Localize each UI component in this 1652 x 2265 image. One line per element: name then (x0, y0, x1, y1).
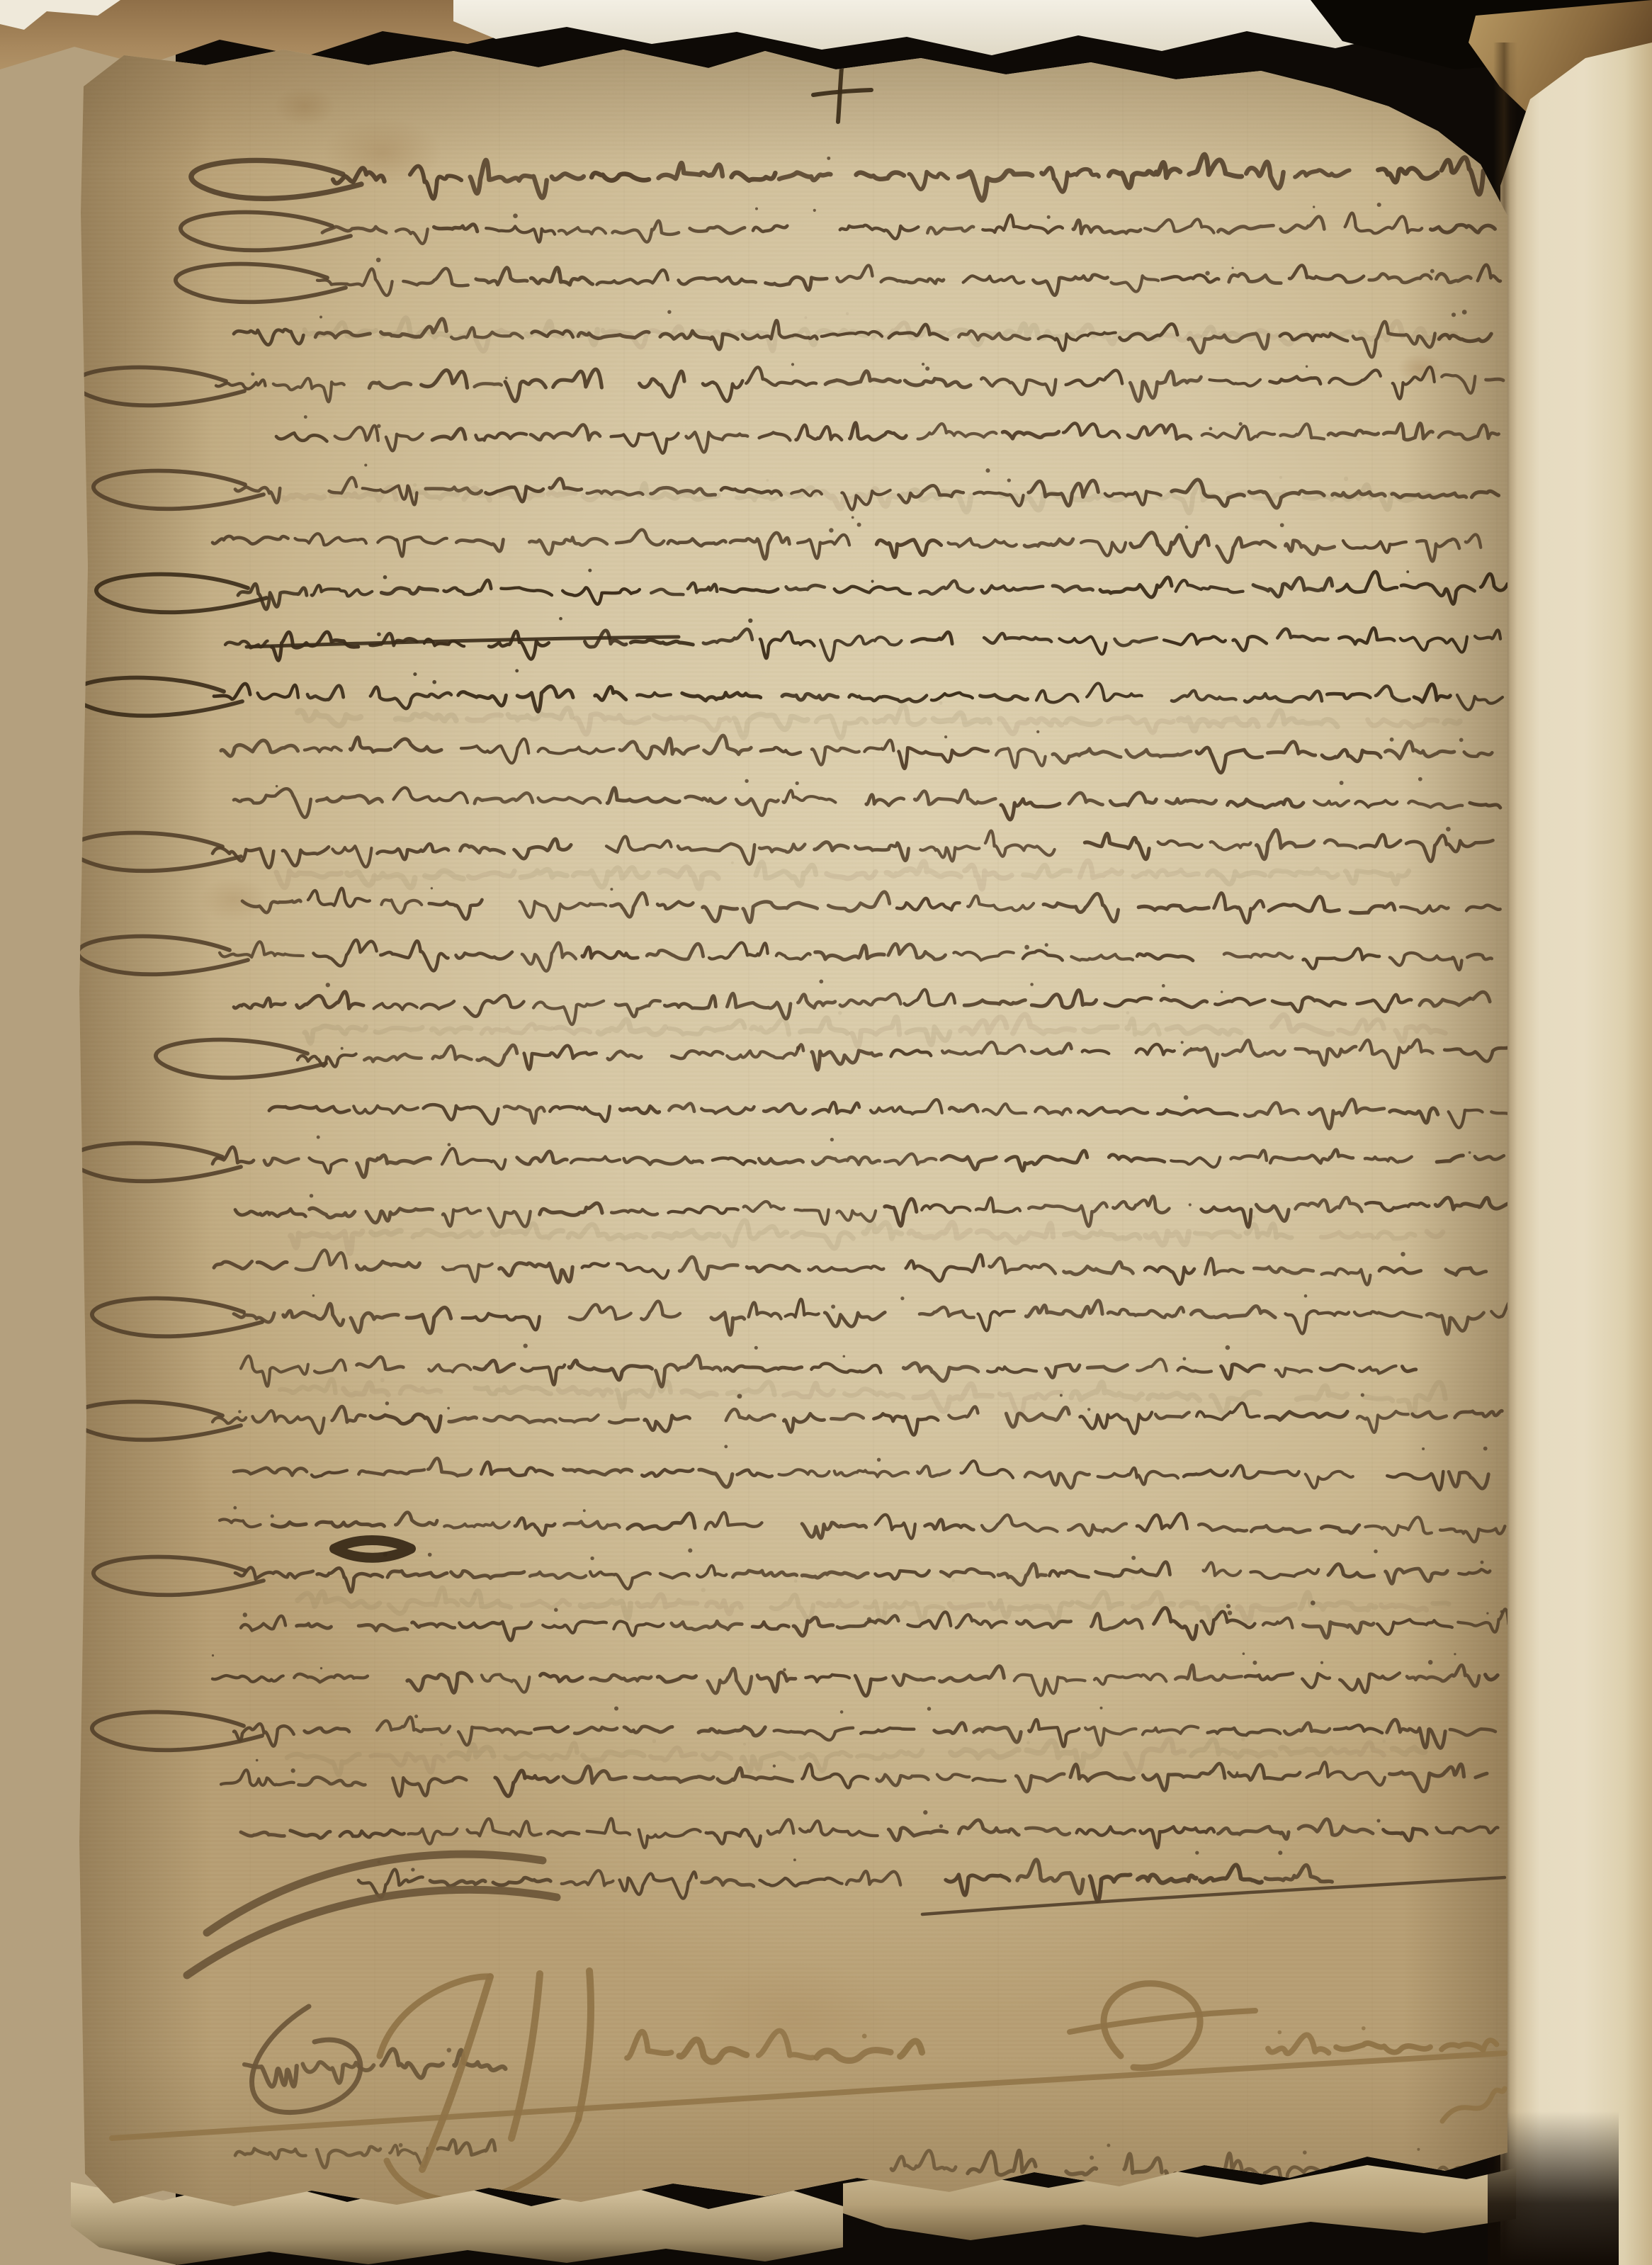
ink-stroke (1080, 861, 1121, 878)
ink-stroke (1475, 630, 1500, 638)
ink-stroke (912, 632, 953, 643)
ink-stroke (1031, 1044, 1071, 1054)
ink-stroke (827, 871, 876, 879)
ink-stroke (1464, 752, 1493, 756)
ink-stroke (475, 1387, 551, 1394)
ink-stroke (1491, 1112, 1510, 1114)
ink-stroke (550, 1107, 609, 1122)
manuscript-page (0, 0, 1652, 2265)
ink-stroke (1390, 1108, 1438, 1123)
ink-stroke (1466, 534, 1481, 547)
ink-stroke (1365, 1157, 1412, 1163)
ink-stroke (669, 1104, 695, 1112)
ink-stroke (221, 740, 298, 756)
ink-stroke (1435, 1197, 1508, 1209)
ink-stroke (1272, 998, 1345, 1012)
ink-stroke (627, 2032, 672, 2058)
ink-stroke (235, 1568, 313, 1579)
ink-stroke (1046, 1365, 1080, 1377)
ink-stroke (1408, 801, 1462, 808)
ink-dot (1047, 215, 1051, 219)
ink-stroke (1475, 1156, 1504, 1159)
ink-dot (447, 1407, 450, 1410)
ink-stroke (744, 1202, 784, 1211)
ink-stroke (925, 1520, 974, 1530)
ink-stroke (444, 1522, 509, 1528)
ink-stroke (888, 1828, 946, 1841)
ink-stroke (733, 1571, 797, 1577)
ink-stroke (1000, 1392, 1061, 1415)
ink-stroke (1245, 1673, 1293, 1680)
ink-stroke (624, 1157, 703, 1164)
ink-stroke (1457, 695, 1503, 710)
ink-dot (1185, 526, 1189, 529)
ink-stroke (1026, 1828, 1070, 1835)
ink-stroke (959, 1820, 1019, 1835)
ink-stroke (1231, 1151, 1267, 1160)
ink-stroke (964, 1000, 1025, 1005)
ink-dot (1344, 477, 1348, 481)
ink-stroke (1218, 1826, 1289, 1838)
ink-dot (773, 1764, 776, 1767)
ink-stroke (1209, 2153, 1257, 2174)
ink-stroke (257, 1262, 287, 1269)
ink-stroke (543, 1622, 606, 1633)
ink-dot (1280, 523, 1284, 527)
ink-stroke (813, 1102, 859, 1114)
ink-stroke (220, 1520, 261, 1527)
ink-stroke (517, 1151, 567, 1164)
ink-stroke (235, 1209, 305, 1216)
ink-stroke (1199, 1524, 1247, 1531)
ink-dot (1454, 1653, 1456, 1655)
ink-stroke (910, 1223, 971, 1238)
ink-stroke (760, 1878, 842, 1886)
ink-stroke (742, 1753, 793, 1771)
ink-stroke (395, 739, 441, 752)
ink-stroke (876, 540, 941, 558)
ink-stroke (1029, 1203, 1107, 1226)
ink-dot (1228, 1610, 1233, 1615)
ink-stroke (442, 1148, 506, 1169)
ink-dot (559, 617, 562, 621)
ink-stroke (813, 1157, 880, 1165)
ink-stroke (1476, 1773, 1487, 1778)
ink-stroke (1309, 1100, 1384, 1129)
ink-stroke (595, 687, 626, 700)
ink-stroke (796, 425, 842, 440)
ink-stroke (835, 1470, 908, 1476)
ink-stroke (443, 1264, 492, 1282)
ink-stroke (486, 226, 555, 242)
ink-stroke (951, 1750, 1019, 1758)
ink-stroke (857, 1750, 922, 1758)
ink-stroke (387, 1571, 447, 1577)
ink-dot (614, 1707, 618, 1711)
ink-stroke (907, 1027, 950, 1045)
ink-stroke (400, 1386, 441, 1394)
ink-stroke (489, 631, 549, 659)
ink-dot (1430, 269, 1435, 273)
ink-stroke (968, 2150, 1036, 2174)
ink-stroke (358, 1625, 407, 1630)
ink-stroke (905, 378, 971, 387)
ink-stroke (520, 901, 606, 920)
ink-stroke (548, 1831, 579, 1835)
ink-stroke (582, 947, 638, 959)
ink-dot (1162, 984, 1165, 988)
ink-stroke (432, 1028, 471, 1034)
ink-dot (377, 632, 381, 636)
ink-stroke (891, 2151, 956, 2171)
ink-stroke (613, 221, 679, 242)
ink-stroke (1339, 1019, 1384, 1034)
ink-stroke (982, 586, 1043, 593)
ink-stroke (977, 1224, 1053, 1243)
ink-stroke (305, 1728, 349, 1733)
ink-stroke (242, 900, 300, 913)
ink-stroke (366, 1209, 433, 1223)
ink-stroke (1064, 1262, 1133, 1274)
ink-dot (804, 316, 807, 319)
ink-stroke (477, 1045, 517, 1065)
ink-stroke (837, 266, 872, 282)
ink-stroke (1202, 426, 1274, 439)
ink-stroke (982, 1515, 1057, 1531)
ink-stroke (630, 640, 693, 645)
ink-stroke (774, 1728, 853, 1740)
ink-stroke (963, 276, 1024, 283)
ink-stroke (1256, 830, 1313, 859)
ink-dot (900, 1297, 904, 1300)
ink-stroke (429, 1365, 470, 1372)
ink-stroke (234, 1313, 274, 1322)
ink-stroke (1386, 742, 1454, 759)
ink-stroke (591, 1675, 652, 1681)
ink-stroke (899, 747, 988, 768)
ink-stroke (1306, 1472, 1353, 1489)
ink-stroke (1277, 629, 1328, 640)
ink-dot (505, 377, 508, 380)
ink-stroke (394, 788, 468, 803)
ink-stroke (1444, 1047, 1510, 1062)
ink-stroke (1256, 1204, 1289, 1221)
ink-stroke (779, 173, 830, 181)
ink-stroke (287, 1754, 360, 1775)
ink-stroke (458, 692, 507, 706)
ink-stroke (461, 739, 528, 763)
ink-stroke (651, 589, 683, 594)
ink-stroke (1251, 1526, 1310, 1532)
ink-stroke (800, 1018, 847, 1033)
ink-stroke (310, 1158, 347, 1173)
ink-stroke (805, 1675, 849, 1682)
ink-stroke (1137, 954, 1193, 961)
ink-stroke (571, 1157, 620, 1163)
ink-stroke (1360, 835, 1401, 847)
ink-stroke (888, 944, 946, 959)
ink-stroke (825, 371, 900, 385)
ink-stroke (747, 1265, 799, 1272)
ink-stroke (1184, 1048, 1217, 1066)
ink-stroke (1270, 1150, 1353, 1163)
ink-stroke (1223, 1040, 1285, 1056)
ink-stroke (759, 845, 805, 852)
ink-stroke (796, 1209, 829, 1224)
facing-blank-page (1500, 0, 1652, 2265)
ink-stroke (443, 1209, 480, 1226)
ink-stroke (317, 796, 382, 803)
ink-dot (1278, 1851, 1282, 1855)
ink-stroke (344, 1383, 388, 1395)
ink-stroke (499, 1263, 573, 1283)
ink-stroke (1325, 840, 1356, 848)
ink-stroke (332, 1406, 366, 1422)
ink-stroke (475, 1360, 514, 1372)
ink-stroke (1137, 1359, 1167, 1371)
ink-dot (399, 2143, 403, 2147)
ink-stroke (1087, 1365, 1127, 1371)
ink-stroke (456, 539, 503, 551)
ink-stroke (1208, 1728, 1280, 1735)
ink-stroke (1229, 1765, 1301, 1780)
ink-dot (877, 1458, 881, 1462)
ink-dot (1026, 1741, 1030, 1744)
ink-dot (431, 887, 433, 889)
ink-stroke (847, 1871, 900, 1885)
ink-stroke (1161, 998, 1207, 1007)
ink-stroke (538, 798, 601, 803)
ink-stroke (214, 1262, 252, 1269)
ink-stroke (582, 1263, 609, 1267)
ink-stroke (736, 799, 778, 815)
ink-stroke (1043, 893, 1119, 921)
ink-dot (440, 1743, 443, 1746)
ink-stroke (1215, 998, 1265, 1005)
ink-dot (1361, 1393, 1364, 1396)
ink-stroke (728, 1382, 774, 1396)
ink-stroke (776, 953, 810, 959)
ink-stroke (252, 2006, 361, 2113)
ink-stroke (1321, 1232, 1374, 1238)
ink-stroke (1069, 793, 1102, 805)
ink-stroke (1127, 1019, 1160, 1034)
ink-dot (414, 1715, 418, 1718)
ink-stroke (213, 1676, 283, 1682)
ink-stroke (396, 229, 428, 244)
ink-dot (1252, 1215, 1255, 1219)
ink-stroke (647, 944, 703, 959)
ink-dot (364, 463, 367, 466)
ink-stroke (1320, 1365, 1353, 1370)
ink-dot (737, 1394, 742, 1399)
ink-stroke (382, 2049, 443, 2077)
ink-stroke (873, 1413, 938, 1435)
ink-stroke (1196, 747, 1262, 773)
ink-stroke (387, 2120, 578, 2201)
ink-dot (1024, 945, 1029, 950)
ink-stroke (1209, 380, 1260, 386)
ink-stroke (698, 1727, 765, 1736)
ink-dot (385, 1401, 389, 1405)
ink-dot (1241, 1737, 1245, 1741)
ink-stroke (276, 871, 341, 887)
ink-stroke (1286, 541, 1335, 555)
ink-stroke (1080, 1412, 1153, 1433)
ink-stroke (560, 1415, 598, 1422)
ink-stroke (616, 1000, 660, 1017)
ink-stroke (840, 225, 919, 239)
ink-stroke (1113, 1197, 1169, 1213)
ink-stroke (1439, 425, 1499, 439)
ink-dot (944, 735, 947, 738)
ink-stroke (1296, 1046, 1356, 1065)
ink-stroke (1437, 1156, 1463, 1162)
ink-stroke (574, 868, 649, 887)
ink-stroke (1166, 799, 1216, 804)
ink-stroke (312, 1470, 347, 1476)
ink-stroke (660, 1574, 689, 1578)
ink-stroke (1449, 1110, 1483, 1128)
ink-stroke (768, 1819, 794, 1834)
ink-dot (590, 1557, 594, 1560)
ink-stroke (1017, 1860, 1083, 1894)
ink-stroke (906, 1255, 983, 1281)
ink-stroke (1268, 742, 1316, 755)
ink-stroke (1138, 905, 1209, 911)
ink-stroke (269, 1106, 349, 1112)
ink-stroke (686, 796, 725, 803)
ink-stroke (1245, 1103, 1298, 1117)
ink-dot (588, 569, 592, 572)
ink-stroke (828, 892, 889, 911)
ink-stroke (1396, 1026, 1445, 1041)
ink-stroke (305, 1026, 366, 1043)
ink-stroke (1218, 225, 1274, 233)
ink-stroke (1281, 424, 1325, 439)
ink-stroke (1302, 1673, 1330, 1688)
ink-dot (1189, 1203, 1192, 1206)
ink-stroke (1224, 953, 1292, 958)
ink-stroke (606, 837, 671, 852)
ink-stroke (1459, 1569, 1490, 1574)
ink-stroke (885, 1199, 917, 1226)
ink-dot (1182, 1357, 1186, 1360)
ink-stroke (1407, 1665, 1479, 1686)
ink-stroke (493, 1877, 550, 1885)
ink-dot (473, 1593, 476, 1595)
ink-stroke (220, 942, 303, 957)
ink-stroke (335, 426, 378, 441)
ink-stroke (855, 1676, 886, 1696)
ink-stroke (988, 1367, 1036, 1372)
ink-stroke (1355, 801, 1397, 808)
ink-stroke (783, 1413, 824, 1432)
ink-stroke (1096, 1562, 1170, 1576)
ink-stroke (617, 1264, 668, 1279)
ink-stroke (1398, 1382, 1445, 1416)
ink-stroke (538, 747, 614, 753)
ink-stroke (900, 2041, 922, 2056)
ink-stroke (1296, 1197, 1362, 1211)
ink-stroke (347, 872, 415, 888)
ink-dot (1190, 1047, 1192, 1049)
ink-dot (1382, 1739, 1386, 1743)
ink-dot (1231, 267, 1233, 269)
ink-stroke (1303, 1622, 1374, 1638)
ink-dot (1462, 310, 1467, 315)
ink-stroke (389, 1588, 458, 1613)
ink-stroke (707, 1601, 742, 1614)
ink-stroke (476, 433, 526, 440)
ink-stroke (1184, 1470, 1228, 1476)
ink-dot (819, 980, 823, 984)
ink-stroke (1000, 718, 1062, 733)
ink-stroke (1246, 162, 1283, 188)
ink-stroke (1179, 718, 1258, 730)
ink-stroke (1322, 1269, 1371, 1284)
ink-stroke (920, 1307, 974, 1318)
ink-stroke (253, 1411, 324, 1433)
ink-stroke (1024, 539, 1073, 547)
ink-stroke (759, 2030, 813, 2057)
ink-stroke (1276, 1368, 1312, 1377)
ink-stroke (1126, 1739, 1184, 1772)
ink-stroke (1090, 1875, 1131, 1901)
ink-stroke (752, 1019, 789, 1034)
ink-stroke (1442, 375, 1475, 393)
ink-dot (1304, 1294, 1308, 1298)
ink-stroke (412, 1622, 455, 1628)
ink-dot (827, 157, 830, 160)
ink-stroke (565, 1521, 620, 1528)
ink-stroke (613, 1622, 663, 1636)
ink-stroke (71, 1402, 241, 1440)
ink-stroke (395, 1513, 437, 1525)
ink-stroke (1016, 1774, 1064, 1792)
ink-stroke (1387, 1472, 1443, 1490)
ink-stroke (425, 871, 463, 879)
ink-dot (755, 208, 758, 210)
ink-stroke (485, 1416, 556, 1423)
ink-stroke (996, 748, 1046, 767)
ink-dot (256, 1759, 259, 1762)
ink-stroke (1109, 1155, 1164, 1162)
ink-stroke (746, 367, 816, 385)
ink-stroke (1178, 1367, 1211, 1372)
ink-stroke (234, 1468, 307, 1476)
ink-stroke (475, 793, 533, 803)
ink-dot (1045, 943, 1048, 947)
ink-dot (1311, 1600, 1316, 1605)
ink-stroke (1431, 225, 1495, 232)
ink-stroke (1440, 1526, 1505, 1542)
ink-stroke (620, 738, 698, 759)
ink-stroke (703, 629, 752, 644)
ink-dot (927, 1707, 932, 1711)
ink-stroke (1384, 423, 1432, 439)
ink-stroke (550, 479, 582, 490)
ink-stroke (1446, 1268, 1486, 1275)
ink-stroke (1094, 1674, 1166, 1685)
ink-stroke (576, 714, 649, 734)
ink-stroke (725, 1366, 802, 1371)
ink-stroke (1360, 1040, 1433, 1068)
ink-stroke (1034, 275, 1108, 295)
ink-stroke (949, 1604, 983, 1608)
ink-stroke (861, 1728, 914, 1734)
ink-dot (862, 2034, 867, 2039)
